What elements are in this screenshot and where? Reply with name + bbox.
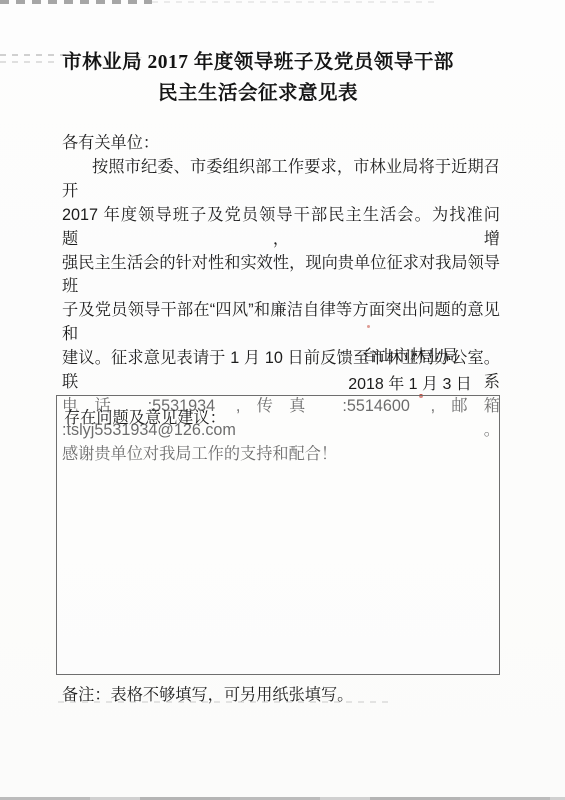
body-line: 子及党员领导干部在“四风”和廉洁自律等方面突出问题的意见和 <box>62 299 500 347</box>
title-line-2: 民主生活会征求意见表 <box>0 79 516 110</box>
feedback-box: 存在问题及意见建议： <box>56 395 500 675</box>
scan-artifact-top-dashes <box>0 0 152 4</box>
document-title: 市林业局 2017 年度领导班子及党员领导干部 民主生活会征求意见表 <box>0 48 516 109</box>
signature-org: 台山市林业局 <box>348 343 472 371</box>
signature-block: 台山市林业局 2018 年 1 月 3 日 <box>348 343 472 398</box>
signature-date: 2018 年 1 月 3 日 <box>348 371 472 399</box>
scan-artifact-top-dashes-faint <box>152 1 440 3</box>
footnote: 备注：表格不够填写，可另用纸张填写。 <box>62 681 353 705</box>
feedback-box-label: 存在问题及意见建议： <box>57 396 499 436</box>
title-line-1: 市林业局 2017 年度领导班子及党员领导干部 <box>0 48 516 79</box>
scanned-document-page: 市林业局 2017 年度领导班子及党员领导干部 民主生活会征求意见表 各有关单位… <box>0 0 565 800</box>
body-line: 2017 年度领导班子及党员领导干部民主生活会。为找准问题，增 <box>62 204 500 252</box>
salutation: 各有关单位： <box>62 132 500 156</box>
body-line: 按照市纪委、市委组织部工作要求，市林业局将于近期召开 <box>62 156 500 204</box>
body-line: 强民主生活会的针对性和实效性，现向贵单位征求对我局领导班 <box>62 252 500 300</box>
